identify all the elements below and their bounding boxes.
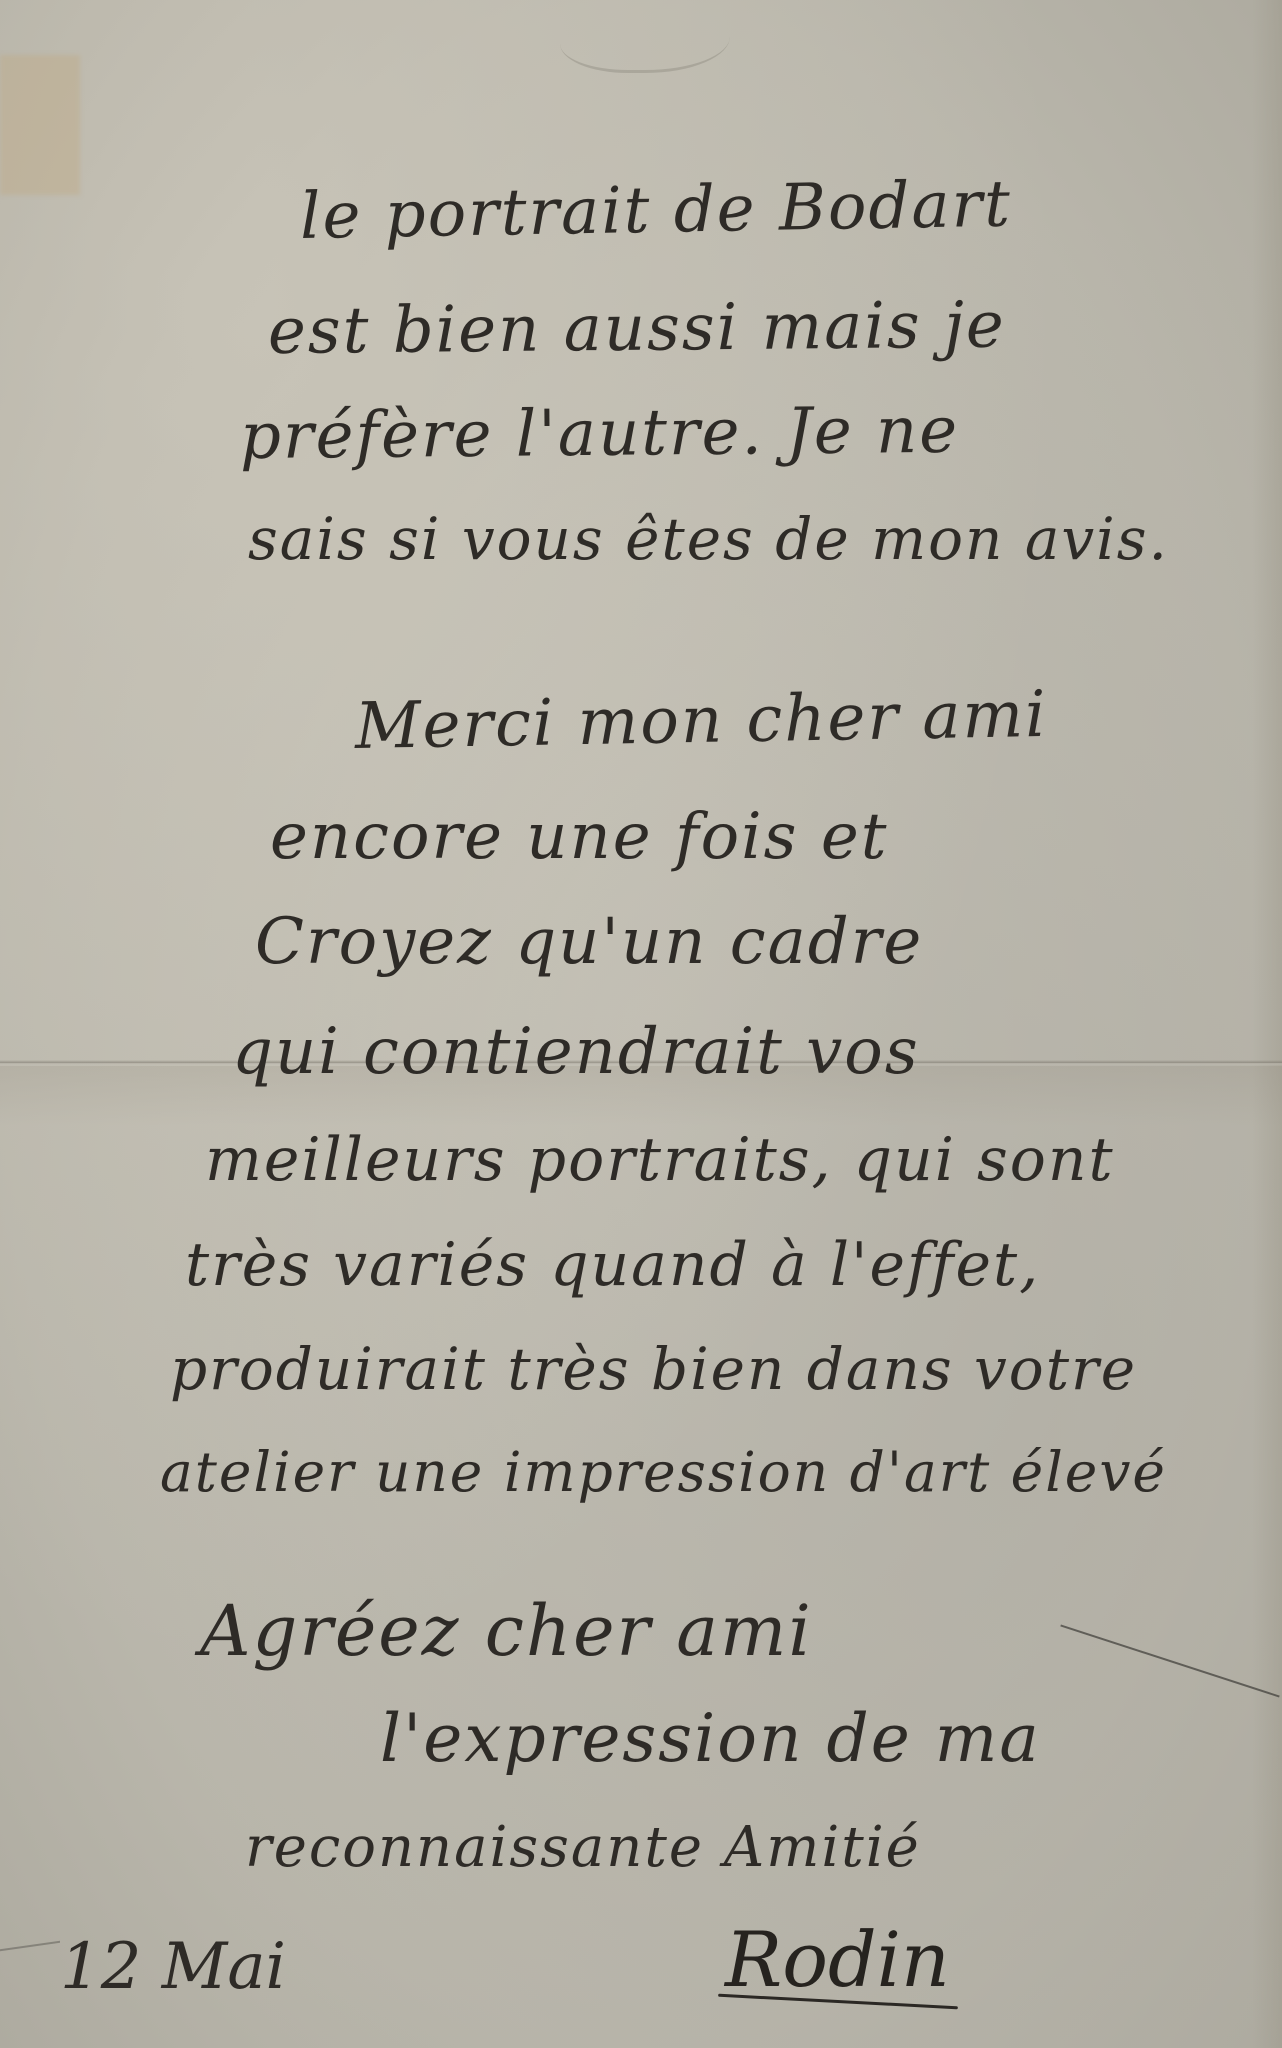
letter-line: meilleurs portraits, qui sont xyxy=(205,1125,1115,1195)
letter-line: le portrait de Bodart xyxy=(299,168,1012,254)
letter-line: atelier une impression d'art élevé xyxy=(160,1440,1167,1504)
letter-line: encore une fois et xyxy=(270,800,888,874)
letter-line: Merci mon cher ami xyxy=(354,678,1048,764)
letter-line: l'expression de ma xyxy=(380,1700,1041,1777)
letter-line: Croyez qu'un cadre xyxy=(255,905,923,979)
letter-line: Agréez cher ami xyxy=(200,1590,813,1672)
signature: Rodin xyxy=(725,1915,950,2004)
letter-line: sais si vous êtes de mon avis. xyxy=(248,505,1169,573)
letter-line: reconnaissante Amitié xyxy=(245,1815,921,1880)
letter-line: qui contiendrait vos xyxy=(232,1015,920,1089)
letter-line: très variés quand à l'effet, xyxy=(185,1230,1040,1300)
letter-body: le portrait de Bodart est bien aussi mai… xyxy=(0,0,1282,2048)
letter-line: est bien aussi mais je xyxy=(268,289,1006,369)
letter-line: produirait très bien dans votre xyxy=(170,1335,1137,1403)
letter-line: préfère l'autre. Je ne xyxy=(240,394,960,474)
letter-date: 12 Mai xyxy=(60,1930,286,2004)
